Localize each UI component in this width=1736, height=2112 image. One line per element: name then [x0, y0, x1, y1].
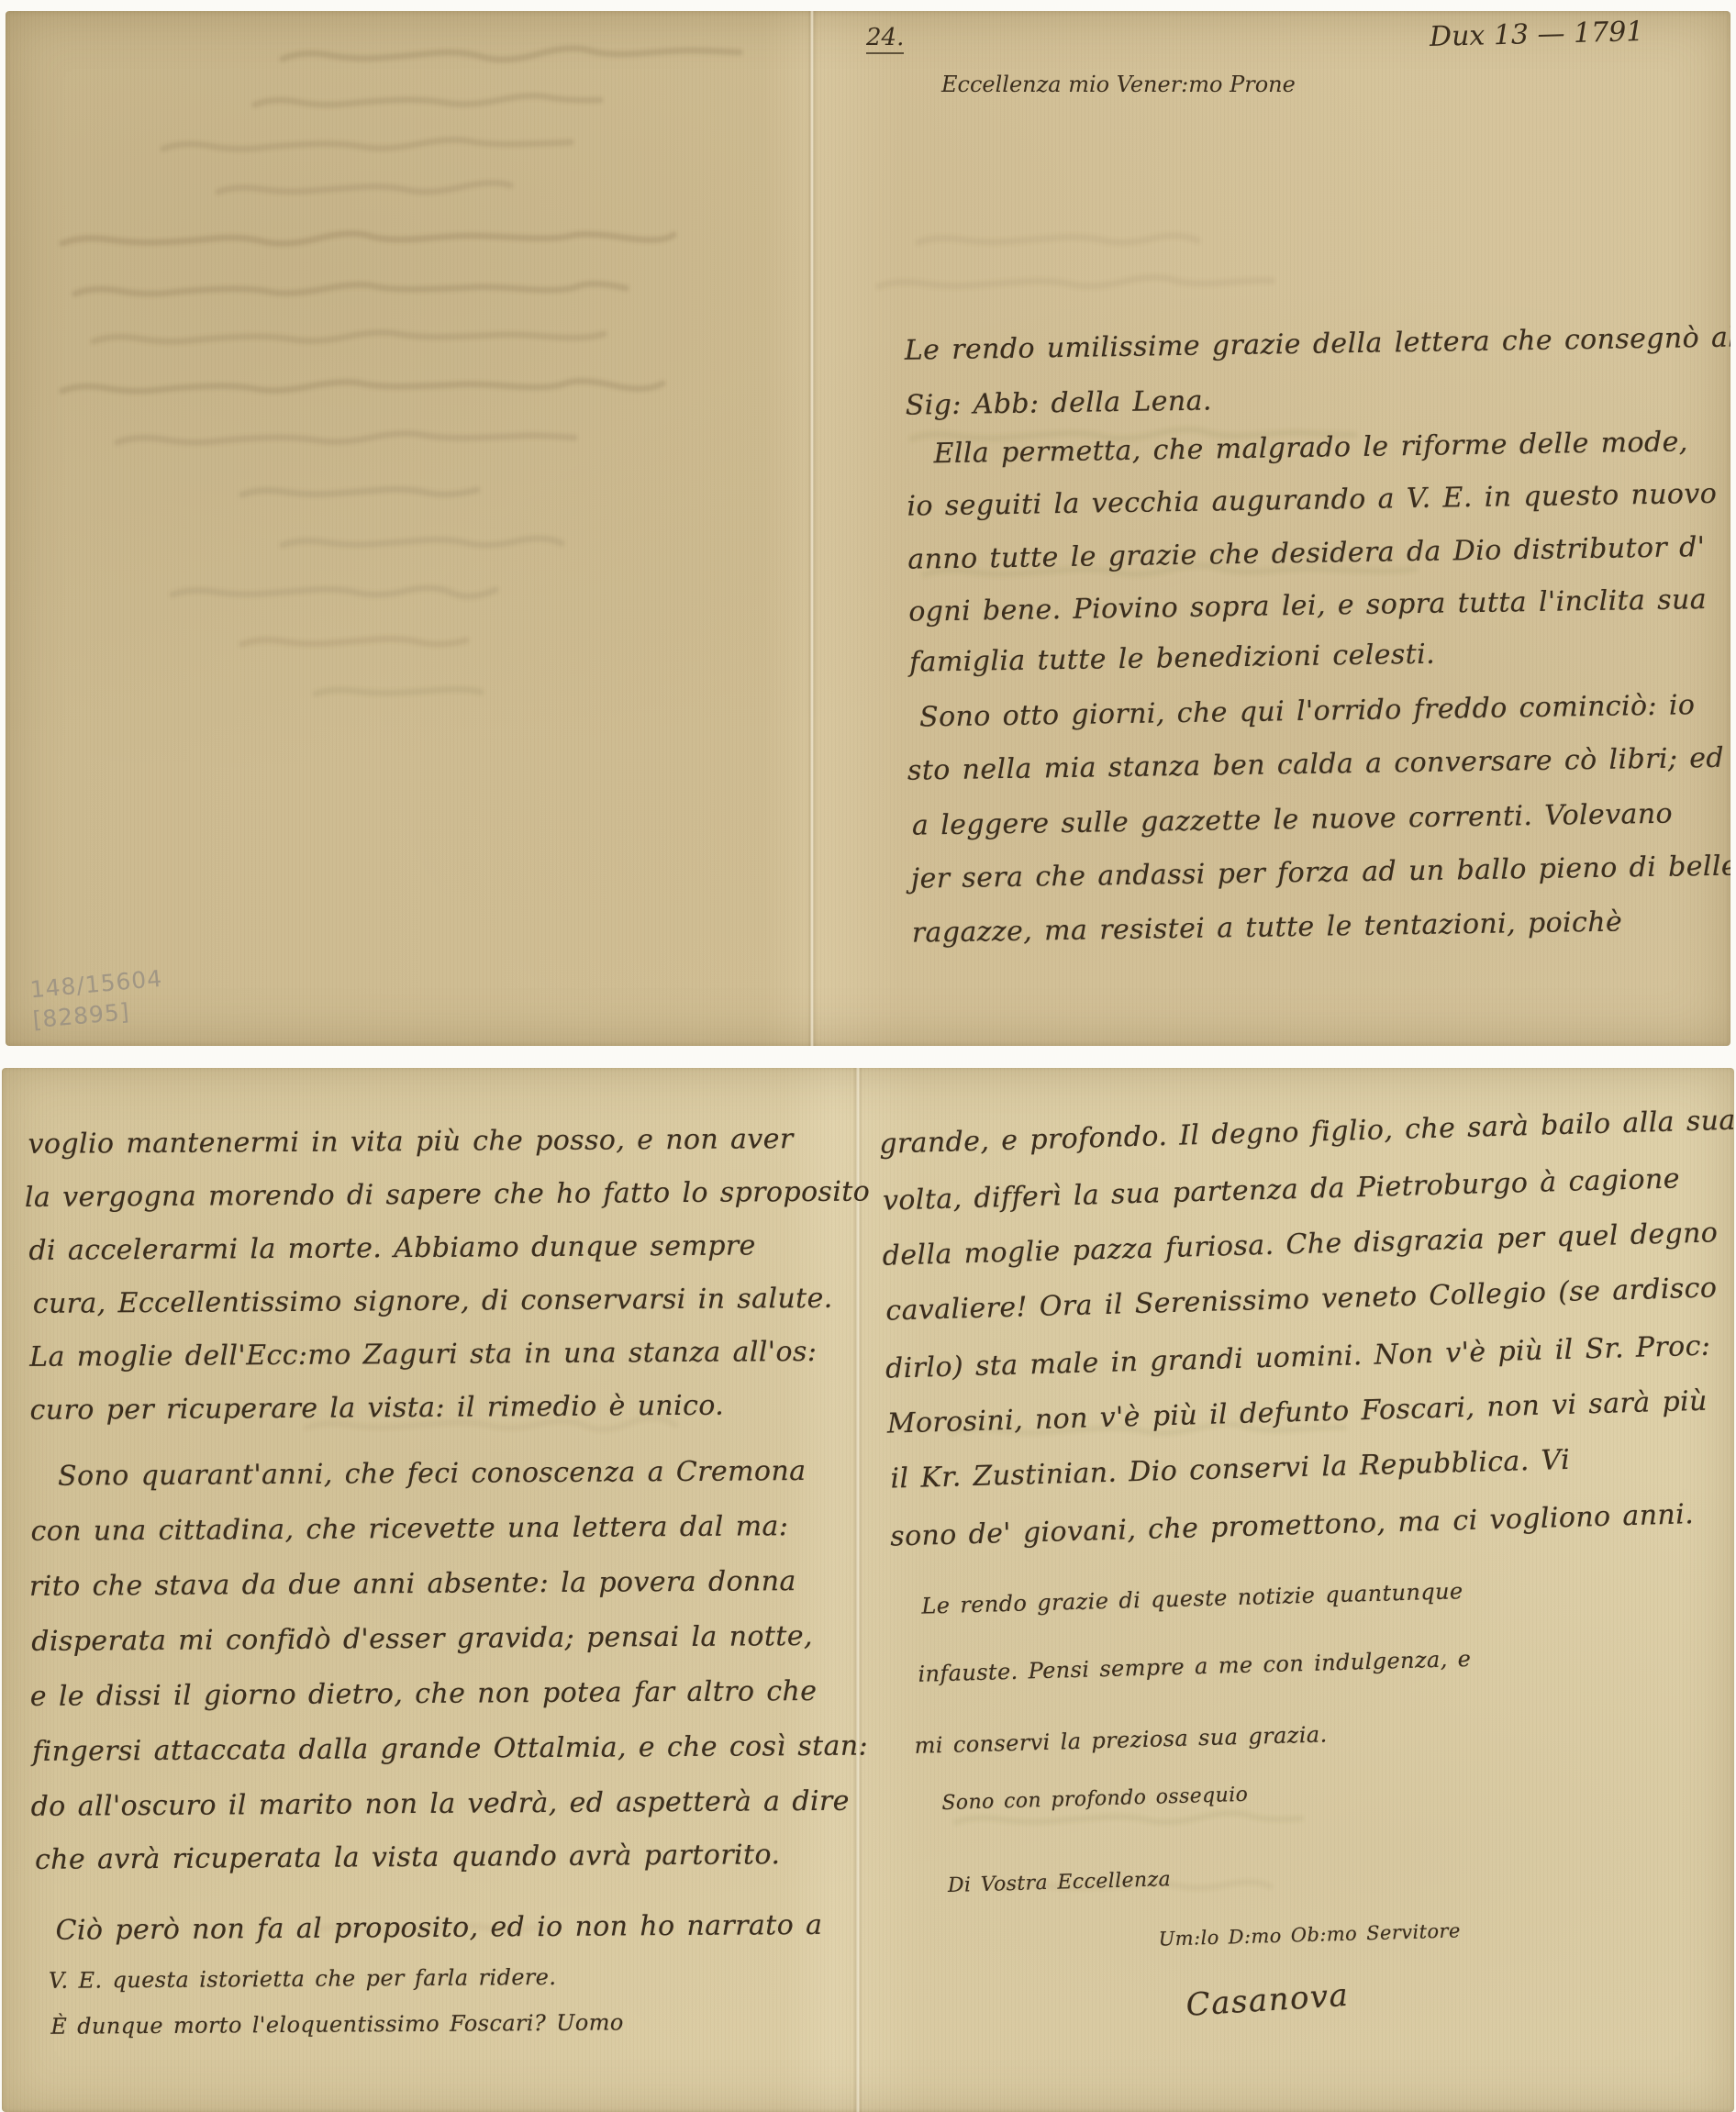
page-two-text: voglio mantenermi in vita più che posso,…	[18, 1068, 862, 2112]
letter-line: V. E. questa istorietta che per farla ri…	[49, 1964, 557, 1994]
letter-line: Sig: Abb: della Lena.	[905, 384, 1212, 421]
letter-line: io seguiti la vecchia augurando a V. E. …	[907, 478, 1717, 523]
letter-line: Le rendo umilissime grazie della lettera…	[905, 321, 1730, 366]
signature: Casanova	[1185, 1977, 1350, 2024]
letter-line: Morosini, non v'è più il defunto Foscari…	[886, 1385, 1708, 1440]
letter-line: famiglia tutte le benedizioni celesti.	[909, 639, 1435, 679]
letter-line: rito che stava da due anni absente: la p…	[29, 1565, 796, 1603]
letter-line: Le rendo grazie di queste notizie quantu…	[921, 1578, 1463, 1618]
letter-line: mi conservi la preziosa sua grazia.	[914, 1721, 1328, 1759]
letter-line: Sono otto giorni, che qui l'orrido fredd…	[919, 689, 1696, 733]
letter-line: infauste. Pensi sempre a me con indulgen…	[918, 1646, 1472, 1687]
letter-line: voglio mantenermi in vita più che posso,…	[28, 1123, 793, 1161]
letter-line: Ciò però non fa al proposito, ed io non …	[55, 1909, 822, 1947]
letter-line: ogni bene. Piovino sopra lei, e sopra tu…	[908, 584, 1707, 628]
folio-top: 24. Dux 13 — 1791 Eccellenza mio Vener:m…	[6, 11, 1730, 1046]
letter-line: che avrà ricuperata la vista quando avrà…	[35, 1839, 781, 1876]
page-one-text: Le rendo umilissime grazie della lettera…	[885, 11, 1730, 1046]
letter-line: con una cittadina, che ricevette una let…	[30, 1510, 788, 1548]
letter-line: disperata mi confidò d'esser gravida; pe…	[31, 1620, 813, 1658]
letter-line: La moglie dell'Ecc:mo Zaguri sta in una …	[29, 1336, 817, 1373]
letter-line: di accelerarmi la morte. Abbiamo dunque …	[28, 1229, 756, 1267]
letter-line: volta, differì la sua partenza da Pietro…	[883, 1162, 1681, 1217]
letter-line: grande, e profondo. Il degno figlio, che…	[879, 1105, 1734, 1161]
closing-line: Sono con profondo ossequio	[941, 1784, 1249, 1815]
letter-line: il Kr. Zustinian. Dio conservi la Repubb…	[890, 1444, 1571, 1495]
letter-line: do all'oscuro il marito non la vedrà, ed…	[31, 1785, 850, 1823]
letter-line: fingersi attaccata dalla grande Ottalmia…	[32, 1730, 868, 1768]
letter-line: È dunque morto l'eloquentissimo Foscari?…	[50, 2009, 624, 2039]
letter-line: curo per ricuperare la vista: il rimedio…	[29, 1390, 724, 1427]
letter-line: sto nella mia stanza ben calda a convers…	[907, 742, 1725, 787]
letter-scan: 24. Dux 13 — 1791 Eccellenza mio Vener:m…	[0, 0, 1736, 2112]
letter-line: cura, Eccellentissimo signore, di conser…	[33, 1283, 833, 1320]
pencil-shelfmark: 148/15604 [82895]	[28, 963, 166, 1035]
letter-line: Ella permetta, che malgrado le riforme d…	[933, 426, 1688, 470]
letter-line: e le dissi il giorno dietro, che non pot…	[30, 1675, 818, 1713]
letter-line: Sono quarant'anni, che feci conoscenza a…	[58, 1455, 807, 1493]
letter-line: sono de' giovani, che promettono, ma ci …	[890, 1498, 1695, 1552]
page-three-text: grande, e profondo. Il degno figlio, che…	[870, 1068, 1734, 2112]
letter-line: anno tutte le grazie che desidera da Dio…	[907, 531, 1705, 576]
letter-line: cavaliere! Ora il Serenissimo veneto Col…	[885, 1272, 1718, 1327]
letter-line: dirlo) sta male in grandi uomini. Non v'…	[885, 1330, 1711, 1385]
fold-crease	[807, 11, 817, 1046]
folio-bottom: voglio mantenermi in vita più che posso,…	[2, 1068, 1734, 2112]
valediction: Di Vostra Eccellenza	[948, 1868, 1172, 1897]
letter-line: jer sera che andassi per forza ad un bal…	[911, 850, 1730, 895]
letter-line: della moglie pazza furiosa. Che disgrazi…	[882, 1217, 1718, 1272]
signoff: Um:lo D:mo Ob:mo Servitore	[1158, 1919, 1461, 1950]
letter-line: a leggere sulle gazzette le nuove corren…	[912, 798, 1674, 842]
letter-line: la vergogna morendo di sapere che ho fat…	[25, 1176, 870, 1214]
letter-line: ragazze, ma resistei a tutte le tentazio…	[912, 906, 1623, 949]
